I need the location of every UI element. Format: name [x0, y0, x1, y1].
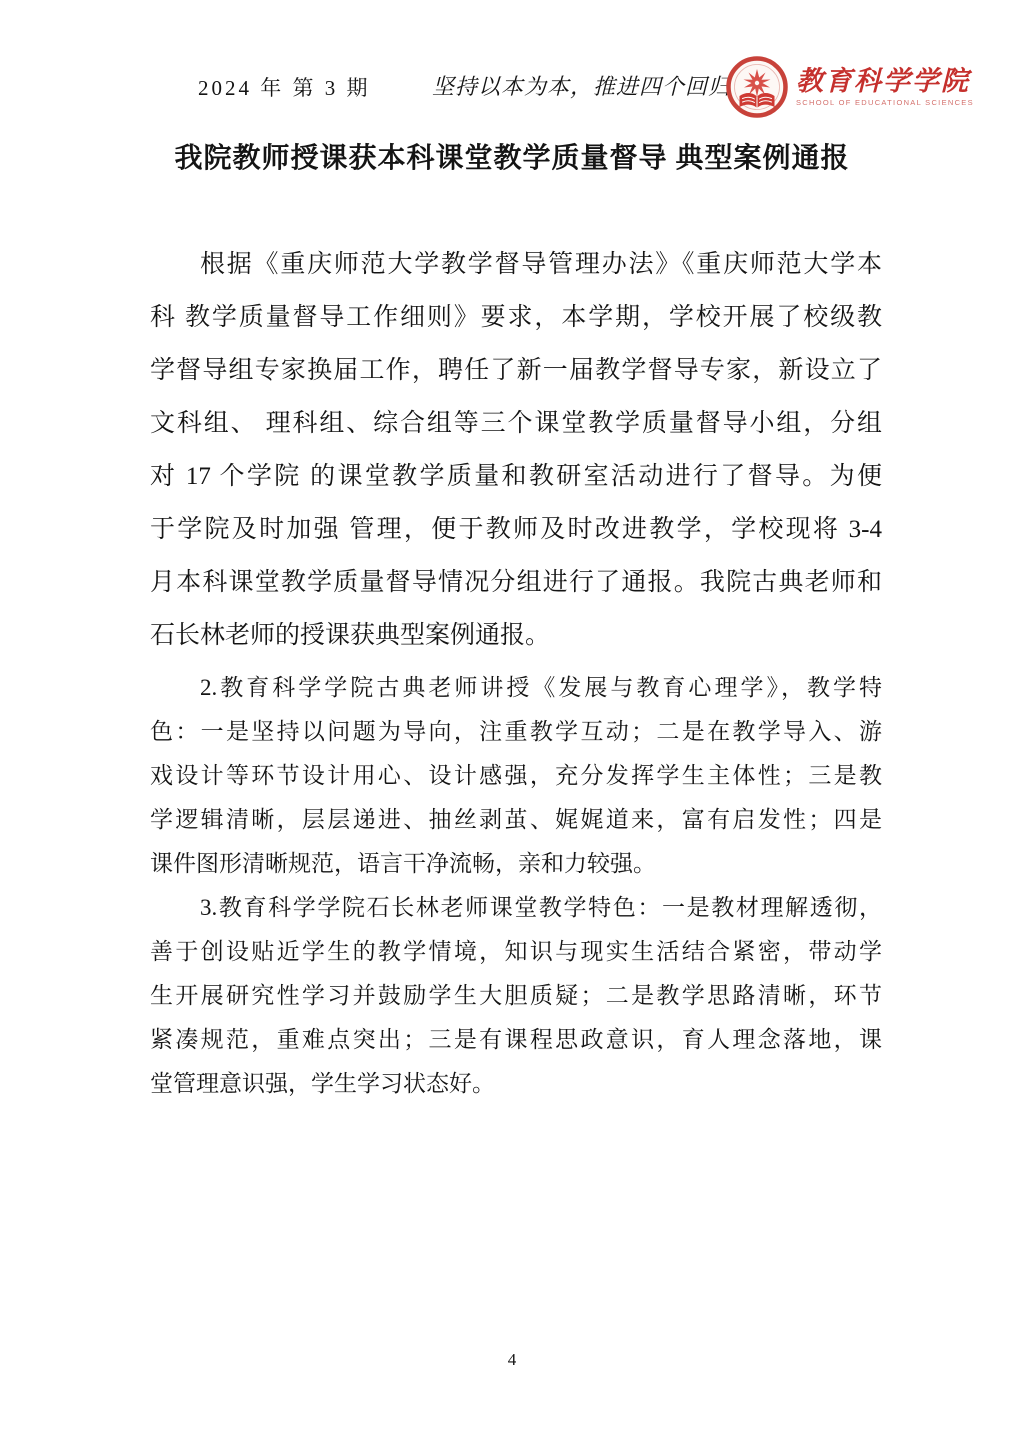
text-line: 学督导组专家换届工作，聘任了新一届教学督导专家，新设立了 — [150, 344, 882, 397]
page-footer: 4 — [0, 1350, 1024, 1370]
college-name-en: SCHOOL OF EDUCATIONAL SCIENCES — [796, 99, 974, 107]
text-line: 根据《重庆师范大学教学督导管理办法》《重庆师范大学本 — [150, 238, 882, 291]
text-line: 戏设计等环节设计用心、设计感强，充分发挥学生主体性；三是教 — [150, 754, 882, 798]
text-line: 色：一是坚持以问题为导向，注重教学互动；二是在教学导入、游 — [150, 710, 882, 754]
text-line: 生开展研究性学习并鼓励学生大胆质疑；二是教学思路清晰，环节 — [150, 974, 882, 1018]
college-name-cn: 教育科学学院 — [796, 68, 974, 95]
text-line: 堂管理意识强，学生学习状态好。 — [150, 1062, 882, 1106]
document-title: 我院教师授课获本科课堂教学质量督导 典型案例通报 — [0, 136, 1024, 176]
text-line: 科 教学质量督导工作细则》要求，本学期，学校开展了校级教 — [150, 291, 882, 344]
text-line: 于学院及时加强 管理，便于教师及时改进教学，学校现将 3-4 — [150, 503, 882, 556]
document-page: 2024 年 第 3 期 坚持以本为本，推进四个回归 教育科学学院 SCHOOL… — [0, 0, 1024, 1448]
text-line: 紧凑规范，重难点突出；三是有课程思政意识，育人理念落地，课 — [150, 1018, 882, 1062]
header-brand: 教育科学学院 SCHOOL OF EDUCATIONAL SCIENCES — [725, 55, 974, 119]
header-slogan: 坚持以本为本，推进四个回归 — [432, 70, 731, 101]
text-line: 对 17 个学院 的课堂教学质量和教研室活动进行了督导。为便 — [150, 450, 882, 503]
page-number: 4 — [508, 1350, 517, 1369]
issue-number: 2024 年 第 3 期 — [198, 72, 371, 102]
text-line: 2.教育科学学院古典老师讲授《发展与教育心理学》，教学特 — [150, 666, 882, 710]
text-line: 文科组、 理科组、综合组等三个课堂教学质量督导小组，分组 — [150, 397, 882, 450]
paragraph-intro: 根据《重庆师范大学教学督导管理办法》《重庆师范大学本 科 教学质量督导工作细则》… — [150, 238, 882, 662]
text-line: 3.教育科学学院石长林老师课堂教学特色：一是教材理解透彻， — [150, 886, 882, 930]
paragraph-case-gudian: 2.教育科学学院古典老师讲授《发展与教育心理学》，教学特 色：一是坚持以问题为导… — [150, 666, 882, 886]
text-line: 课件图形清晰规范，语言干净流畅，亲和力较强。 — [150, 842, 882, 886]
text-line: 月本科课堂教学质量督导情况分组进行了通报。我院古典老师和 — [150, 556, 882, 609]
text-line: 石长林老师的授课获典型案例通报。 — [150, 609, 882, 662]
brand-text: 教育科学学院 SCHOOL OF EDUCATIONAL SCIENCES — [796, 68, 974, 107]
text-line: 善于创设贴近学生的教学情境，知识与现实生活结合紧密，带动学 — [150, 930, 882, 974]
text-line: 学逻辑清晰，层层递进、抽丝剥茧、娓娓道来，富有启发性；四是 — [150, 798, 882, 842]
paragraph-case-shichanglin: 3.教育科学学院石长林老师课堂教学特色：一是教材理解透彻， 善于创设贴近学生的教… — [150, 886, 882, 1106]
college-emblem-icon — [725, 55, 789, 119]
